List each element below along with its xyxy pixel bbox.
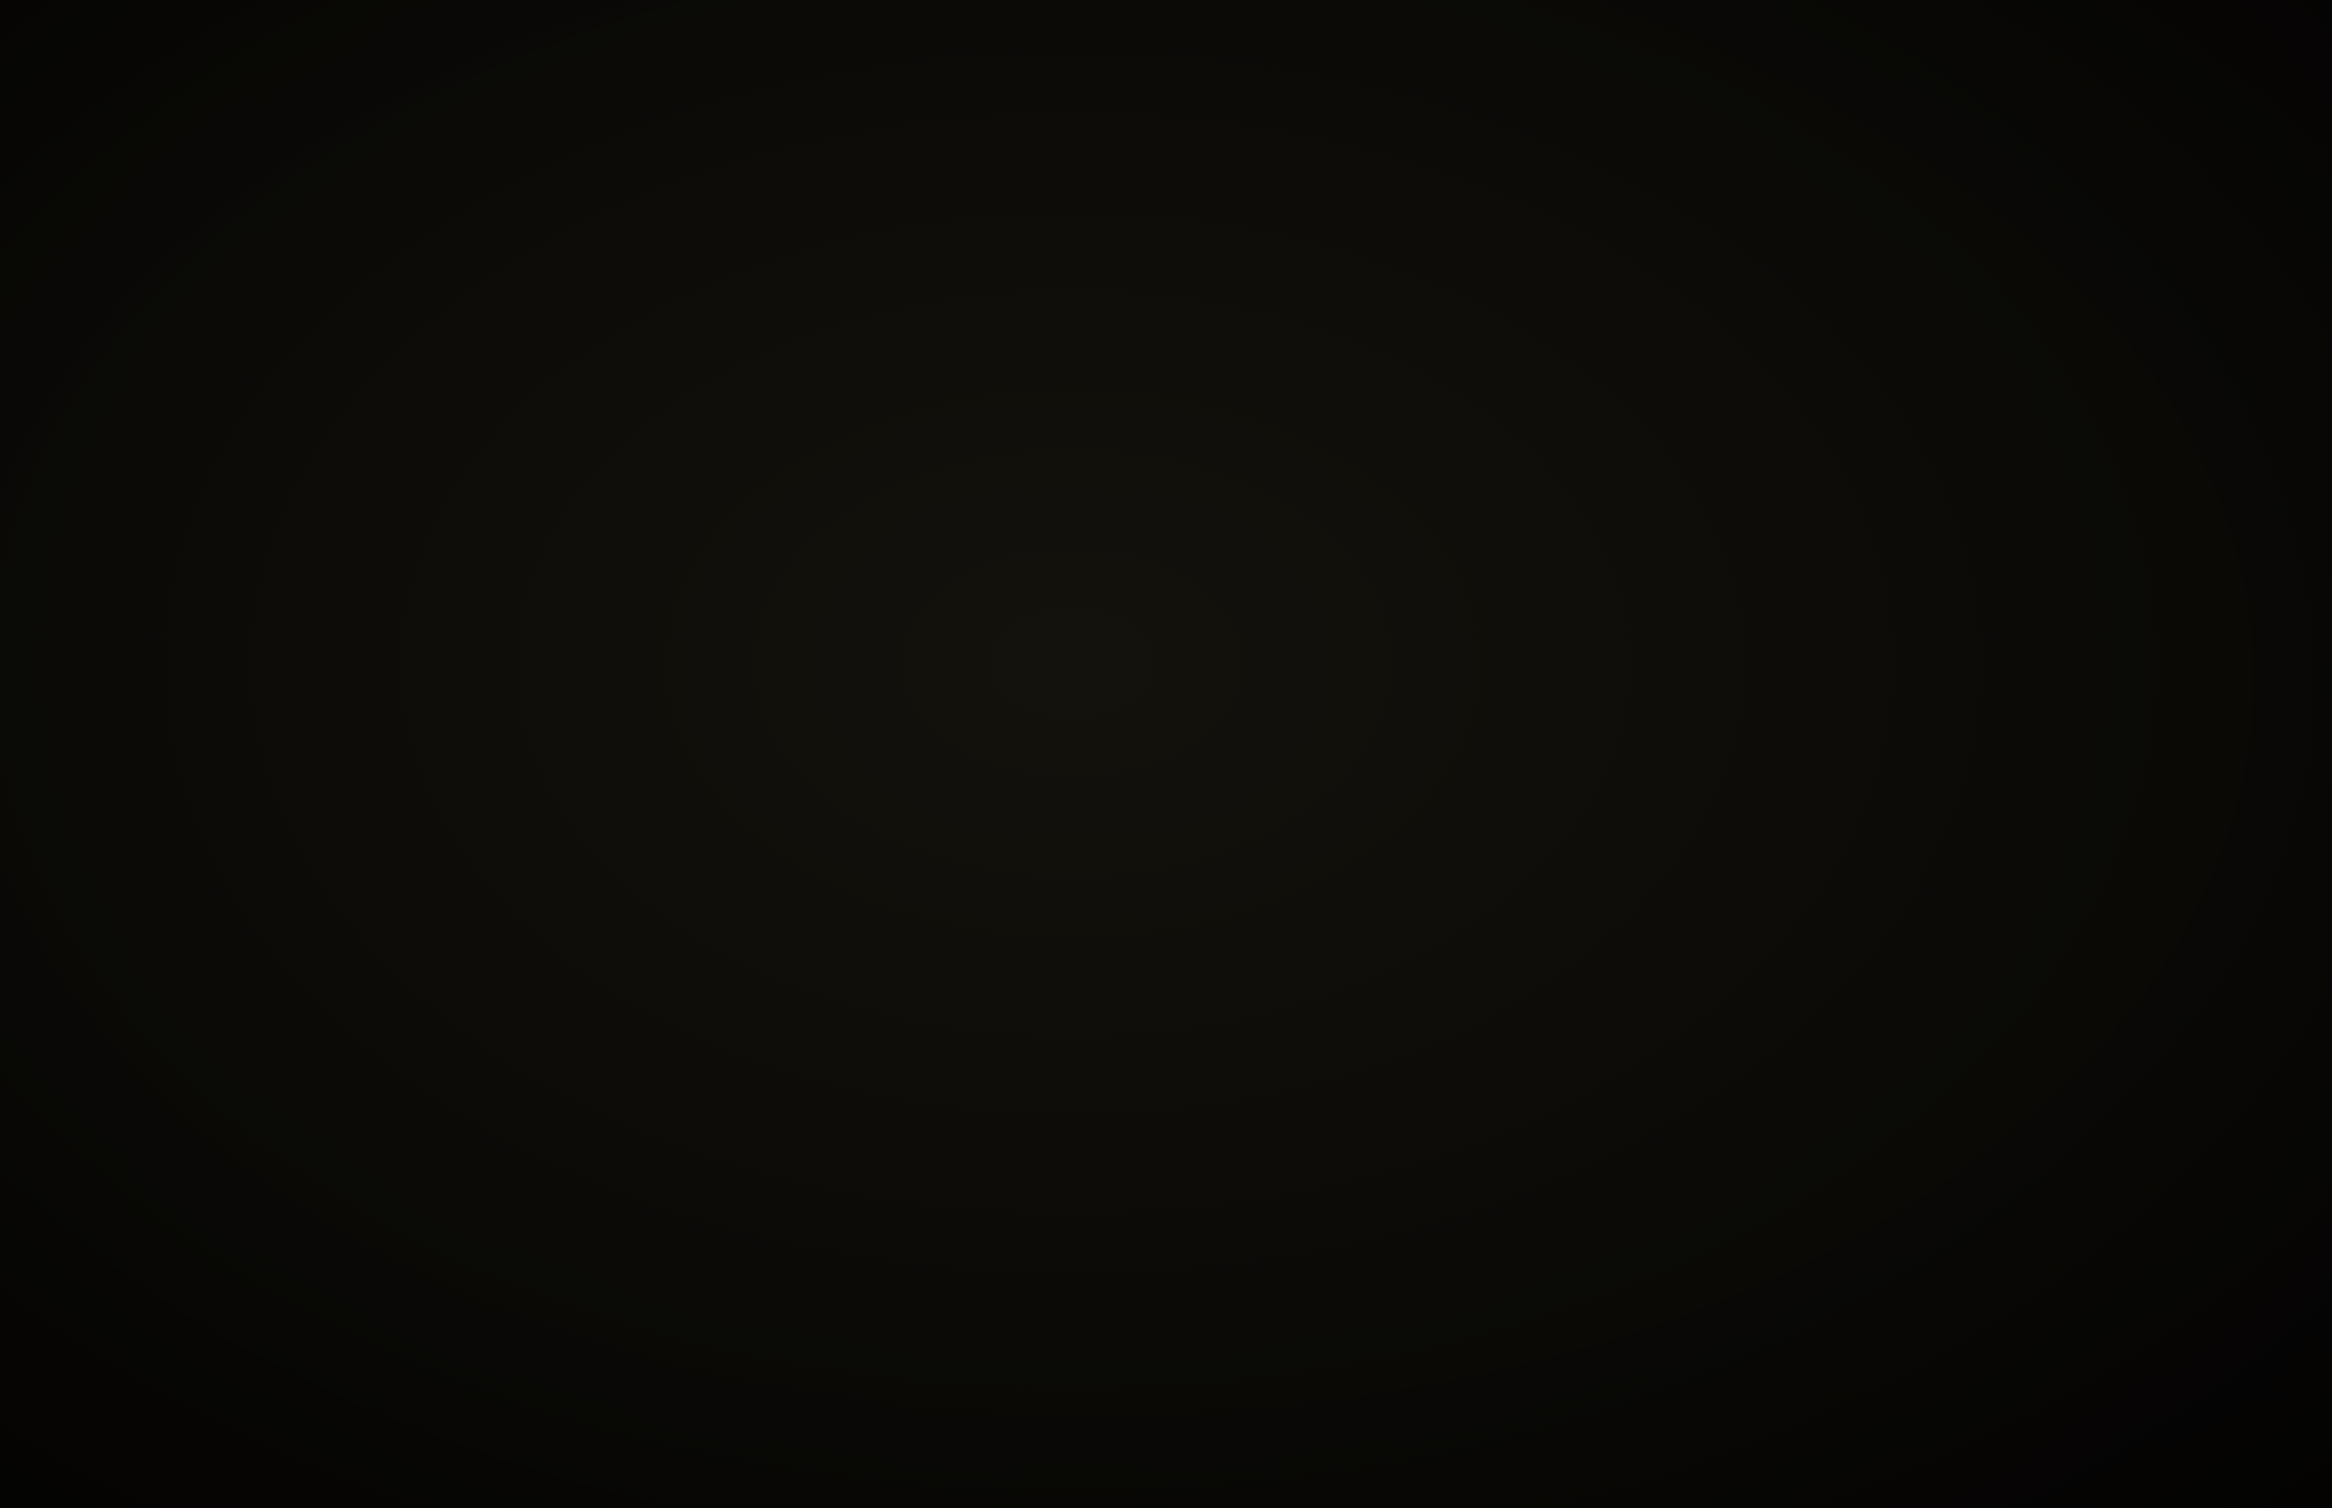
photo-vignette [0, 0, 2332, 1508]
manuscript-photo: go Crialles. iudex ego ego testis [0, 0, 2332, 1508]
photograph-stage: go Crialles. iudex ego ego testis [0, 0, 2332, 1508]
